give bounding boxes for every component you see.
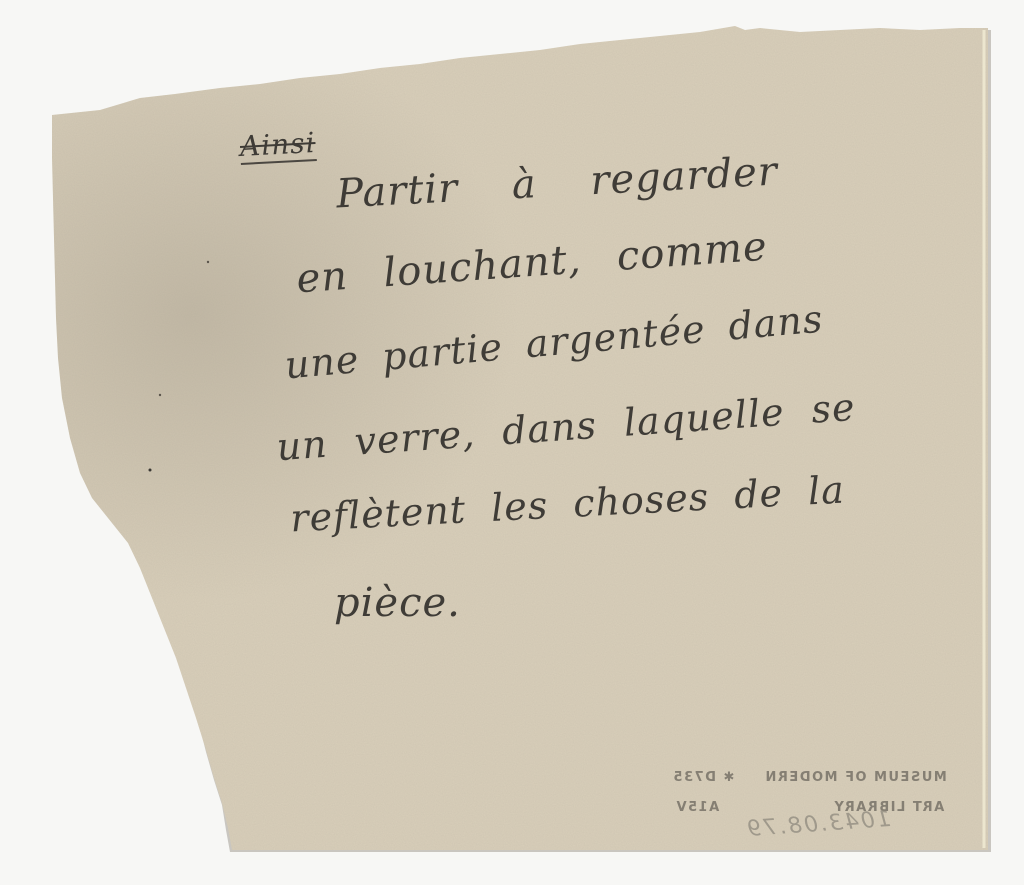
crossed-out-word: Ainsi [239, 126, 316, 165]
stamp-line-1-left: MUSEUM OF MODERN [764, 770, 947, 785]
scanned-document: Ainsi Partir à regarder en louchant, com… [0, 0, 1024, 885]
note-line-6: pièce. [334, 580, 461, 626]
stamp-line-1-right: ✱ D735 [672, 770, 734, 785]
stamp-line-2-right: A15V [675, 800, 719, 815]
